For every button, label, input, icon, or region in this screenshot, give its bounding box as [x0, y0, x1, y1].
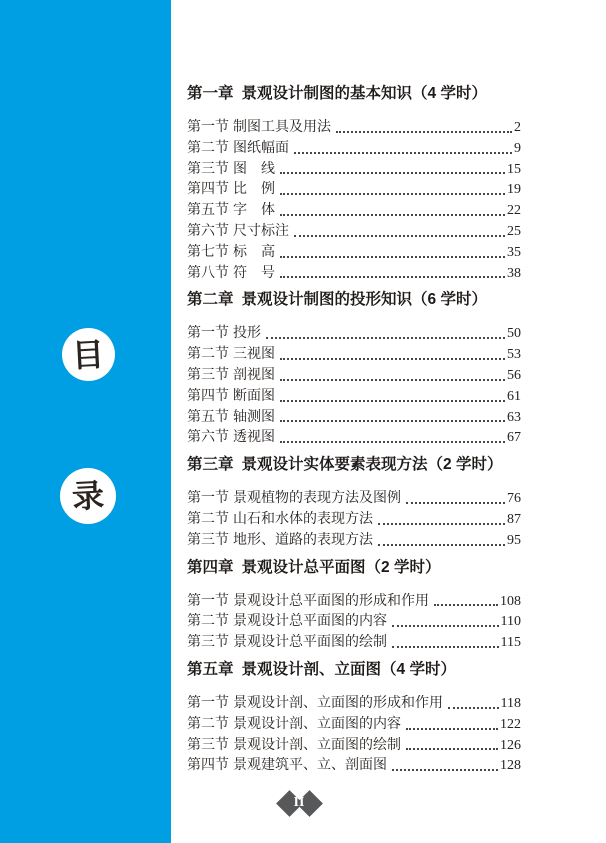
section-title: 字 体 [233, 201, 275, 222]
section-number: 第一节 [187, 118, 233, 139]
section-number: 第二节 [187, 612, 233, 633]
chapter-number: 第一章 [187, 84, 234, 104]
section-number: 第一节 [187, 694, 233, 715]
section-title: 景观植物的表现方法及图例 [233, 489, 401, 510]
toc-entry: 第一节景观植物的表现方法及图例76 [187, 489, 521, 510]
toc-entry: 第二节图纸幅面9 [187, 139, 521, 160]
toc-entry: 第三节剖视图56 [187, 366, 521, 387]
toc-entry: 第六节尺寸标注25 [187, 222, 521, 243]
dot-leader [280, 256, 505, 258]
section-page-number: 126 [500, 736, 521, 757]
section-number: 第四节 [187, 387, 233, 408]
chapter-heading: 第五章景观设计剖、立面图（4 学时） [187, 660, 521, 680]
section-number: 第一节 [187, 592, 233, 613]
toc-page: 目 录 第一章景观设计制图的基本知识（4 学时）第一节制图工具及用法2第二节图纸… [0, 0, 606, 843]
dot-leader [280, 379, 505, 381]
section-number: 第五节 [187, 201, 233, 222]
section-number: 第五节 [187, 408, 233, 429]
dot-leader [294, 152, 512, 154]
section-number: 第一节 [187, 324, 233, 345]
section-title: 轴测图 [233, 408, 275, 429]
section-number: 第三节 [187, 736, 233, 757]
section-title: 制图工具及用法 [233, 118, 331, 139]
dot-leader [434, 604, 498, 606]
toc-entry: 第一节制图工具及用法2 [187, 118, 521, 139]
toc-entry: 第三节图 线15 [187, 160, 521, 181]
chapter-title: 景观设计制图的投形知识（6 学时） [242, 291, 487, 308]
section-page-number: 22 [507, 201, 521, 222]
chapter-heading: 第四章景观设计总平面图（2 学时） [187, 558, 521, 578]
section-title: 景观设计总平面图的内容 [233, 612, 387, 633]
section-page-number: 38 [507, 264, 521, 285]
toc-chapter: 第一章景观设计制图的基本知识（4 学时）第一节制图工具及用法2第二节图纸幅面9第… [187, 84, 521, 284]
toc-entry: 第四节断面图61 [187, 387, 521, 408]
dot-leader [336, 131, 512, 133]
dot-leader [280, 172, 505, 174]
section-number: 第八节 [187, 264, 233, 285]
section-page-number: 122 [500, 715, 521, 736]
page-number: II [276, 789, 322, 817]
section-page-number: 25 [507, 222, 521, 243]
chapter-number: 第五章 [187, 660, 234, 680]
dot-leader [392, 769, 498, 771]
section-number: 第三节 [187, 633, 233, 654]
section-page-number: 110 [501, 612, 521, 633]
section-number: 第三节 [187, 531, 233, 552]
chapter-heading: 第三章景观设计实体要素表现方法（2 学时） [187, 455, 521, 475]
toc-entry: 第三节地形、道路的表现方法95 [187, 531, 521, 552]
chapter-heading: 第二章景观设计制图的投形知识（6 学时） [187, 290, 521, 310]
toc-entry: 第二节山石和水体的表现方法87 [187, 510, 521, 531]
section-title: 比 例 [233, 180, 275, 201]
toc-entry: 第一节景观设计剖、立面图的形成和作用118 [187, 694, 521, 715]
section-page-number: 53 [507, 345, 521, 366]
dot-leader [392, 625, 499, 627]
dot-leader [406, 502, 505, 504]
contents-char-lu: 录 [71, 479, 105, 513]
section-page-number: 118 [501, 694, 521, 715]
section-title: 图纸幅面 [233, 139, 289, 160]
toc-entry: 第一节景观设计总平面图的形成和作用108 [187, 592, 521, 613]
section-page-number: 15 [507, 160, 521, 181]
toc-entry: 第七节标 高35 [187, 243, 521, 264]
section-number: 第二节 [187, 715, 233, 736]
section-number: 第七节 [187, 243, 233, 264]
section-number: 第四节 [187, 756, 233, 777]
chapter-title: 景观设计实体要素表现方法（2 学时） [242, 456, 503, 473]
toc-entry: 第二节三视图53 [187, 345, 521, 366]
dot-leader [280, 358, 505, 360]
section-page-number: 128 [500, 756, 521, 777]
section-page-number: 35 [507, 243, 521, 264]
toc-entry: 第五节字 体22 [187, 201, 521, 222]
toc-chapter: 第二章景观设计制图的投形知识（6 学时）第一节投形50第二节三视图53第三节剖视… [187, 290, 521, 449]
chapter-number: 第四章 [187, 558, 234, 578]
toc-entry: 第二节景观设计剖、立面图的内容122 [187, 715, 521, 736]
section-title: 三视图 [233, 345, 275, 366]
section-number: 第四节 [187, 180, 233, 201]
dot-leader [280, 214, 505, 216]
sidebar-band: 目 录 [0, 0, 171, 843]
section-title: 景观设计总平面图的绘制 [233, 633, 387, 654]
toc-entry: 第六节透视图67 [187, 428, 521, 449]
section-page-number: 56 [507, 366, 521, 387]
section-title: 景观设计剖、立面图的内容 [233, 715, 401, 736]
dot-leader [266, 337, 505, 339]
page-number-badge: II [276, 789, 322, 817]
section-page-number: 50 [507, 324, 521, 345]
contents-char-mu: 目 [72, 338, 106, 372]
section-title: 断面图 [233, 387, 275, 408]
toc-entry: 第八节符 号38 [187, 264, 521, 285]
toc-entry: 第三节景观设计剖、立面图的绘制126 [187, 736, 521, 757]
section-page-number: 95 [507, 531, 521, 552]
section-title: 地形、道路的表现方法 [233, 531, 373, 552]
dot-leader [280, 400, 505, 402]
section-title: 透视图 [233, 428, 275, 449]
dot-leader [280, 441, 505, 443]
section-page-number: 9 [514, 139, 521, 160]
toc-entry: 第一节投形50 [187, 324, 521, 345]
dot-leader [392, 646, 499, 648]
chapter-heading: 第一章景观设计制图的基本知识（4 学时） [187, 84, 521, 104]
dot-leader [448, 707, 499, 709]
section-title: 山石和水体的表现方法 [233, 510, 373, 531]
chapter-title: 景观设计总平面图（2 学时） [242, 559, 441, 576]
section-number: 第三节 [187, 366, 233, 387]
toc-entry: 第二节景观设计总平面图的内容110 [187, 612, 521, 633]
section-number: 第六节 [187, 222, 233, 243]
dot-leader [280, 193, 505, 195]
dot-leader [378, 523, 505, 525]
section-title: 投形 [233, 324, 261, 345]
section-number: 第三节 [187, 160, 233, 181]
dot-leader [280, 420, 505, 422]
section-page-number: 63 [507, 408, 521, 429]
toc-entry: 第三节景观设计总平面图的绘制115 [187, 633, 521, 654]
section-title: 剖视图 [233, 366, 275, 387]
toc-entry: 第四节景观建筑平、立、剖面图128 [187, 756, 521, 777]
section-title: 景观设计剖、立面图的绘制 [233, 736, 401, 757]
section-title: 标 高 [233, 243, 275, 264]
dot-leader [280, 276, 505, 278]
contents-circle-2: 录 [60, 468, 116, 524]
section-title: 图 线 [233, 160, 275, 181]
section-number: 第二节 [187, 139, 233, 160]
section-number: 第六节 [187, 428, 233, 449]
section-title: 景观设计总平面图的形成和作用 [233, 592, 429, 613]
toc-chapter: 第四章景观设计总平面图（2 学时）第一节景观设计总平面图的形成和作用108第二节… [187, 558, 521, 654]
section-page-number: 19 [507, 180, 521, 201]
chapter-number: 第三章 [187, 455, 234, 475]
section-title: 景观设计剖、立面图的形成和作用 [233, 694, 443, 715]
section-page-number: 115 [501, 633, 521, 654]
section-page-number: 61 [507, 387, 521, 408]
dot-leader [378, 544, 505, 546]
dot-leader [406, 748, 498, 750]
section-page-number: 108 [500, 592, 521, 613]
chapter-number: 第二章 [187, 290, 234, 310]
toc-entry: 第五节轴测图63 [187, 408, 521, 429]
chapter-title: 景观设计制图的基本知识（4 学时） [242, 85, 487, 102]
section-number: 第一节 [187, 489, 233, 510]
dot-leader [406, 728, 498, 730]
section-page-number: 87 [507, 510, 521, 531]
dot-leader [294, 235, 505, 237]
section-number: 第二节 [187, 345, 233, 366]
section-page-number: 67 [507, 428, 521, 449]
toc: 第一章景观设计制图的基本知识（4 学时）第一节制图工具及用法2第二节图纸幅面9第… [187, 84, 521, 783]
section-page-number: 76 [507, 489, 521, 510]
section-title: 符 号 [233, 264, 275, 285]
toc-entry: 第四节比 例19 [187, 180, 521, 201]
chapter-title: 景观设计剖、立面图（4 学时） [242, 661, 456, 678]
section-number: 第二节 [187, 510, 233, 531]
section-title: 尺寸标注 [233, 222, 289, 243]
toc-chapter: 第五章景观设计剖、立面图（4 学时）第一节景观设计剖、立面图的形成和作用118第… [187, 660, 521, 777]
section-title: 景观建筑平、立、剖面图 [233, 756, 387, 777]
contents-circle-1: 目 [62, 328, 115, 381]
toc-chapter: 第三章景观设计实体要素表现方法（2 学时）第一节景观植物的表现方法及图例76第二… [187, 455, 521, 551]
section-page-number: 2 [514, 118, 521, 139]
